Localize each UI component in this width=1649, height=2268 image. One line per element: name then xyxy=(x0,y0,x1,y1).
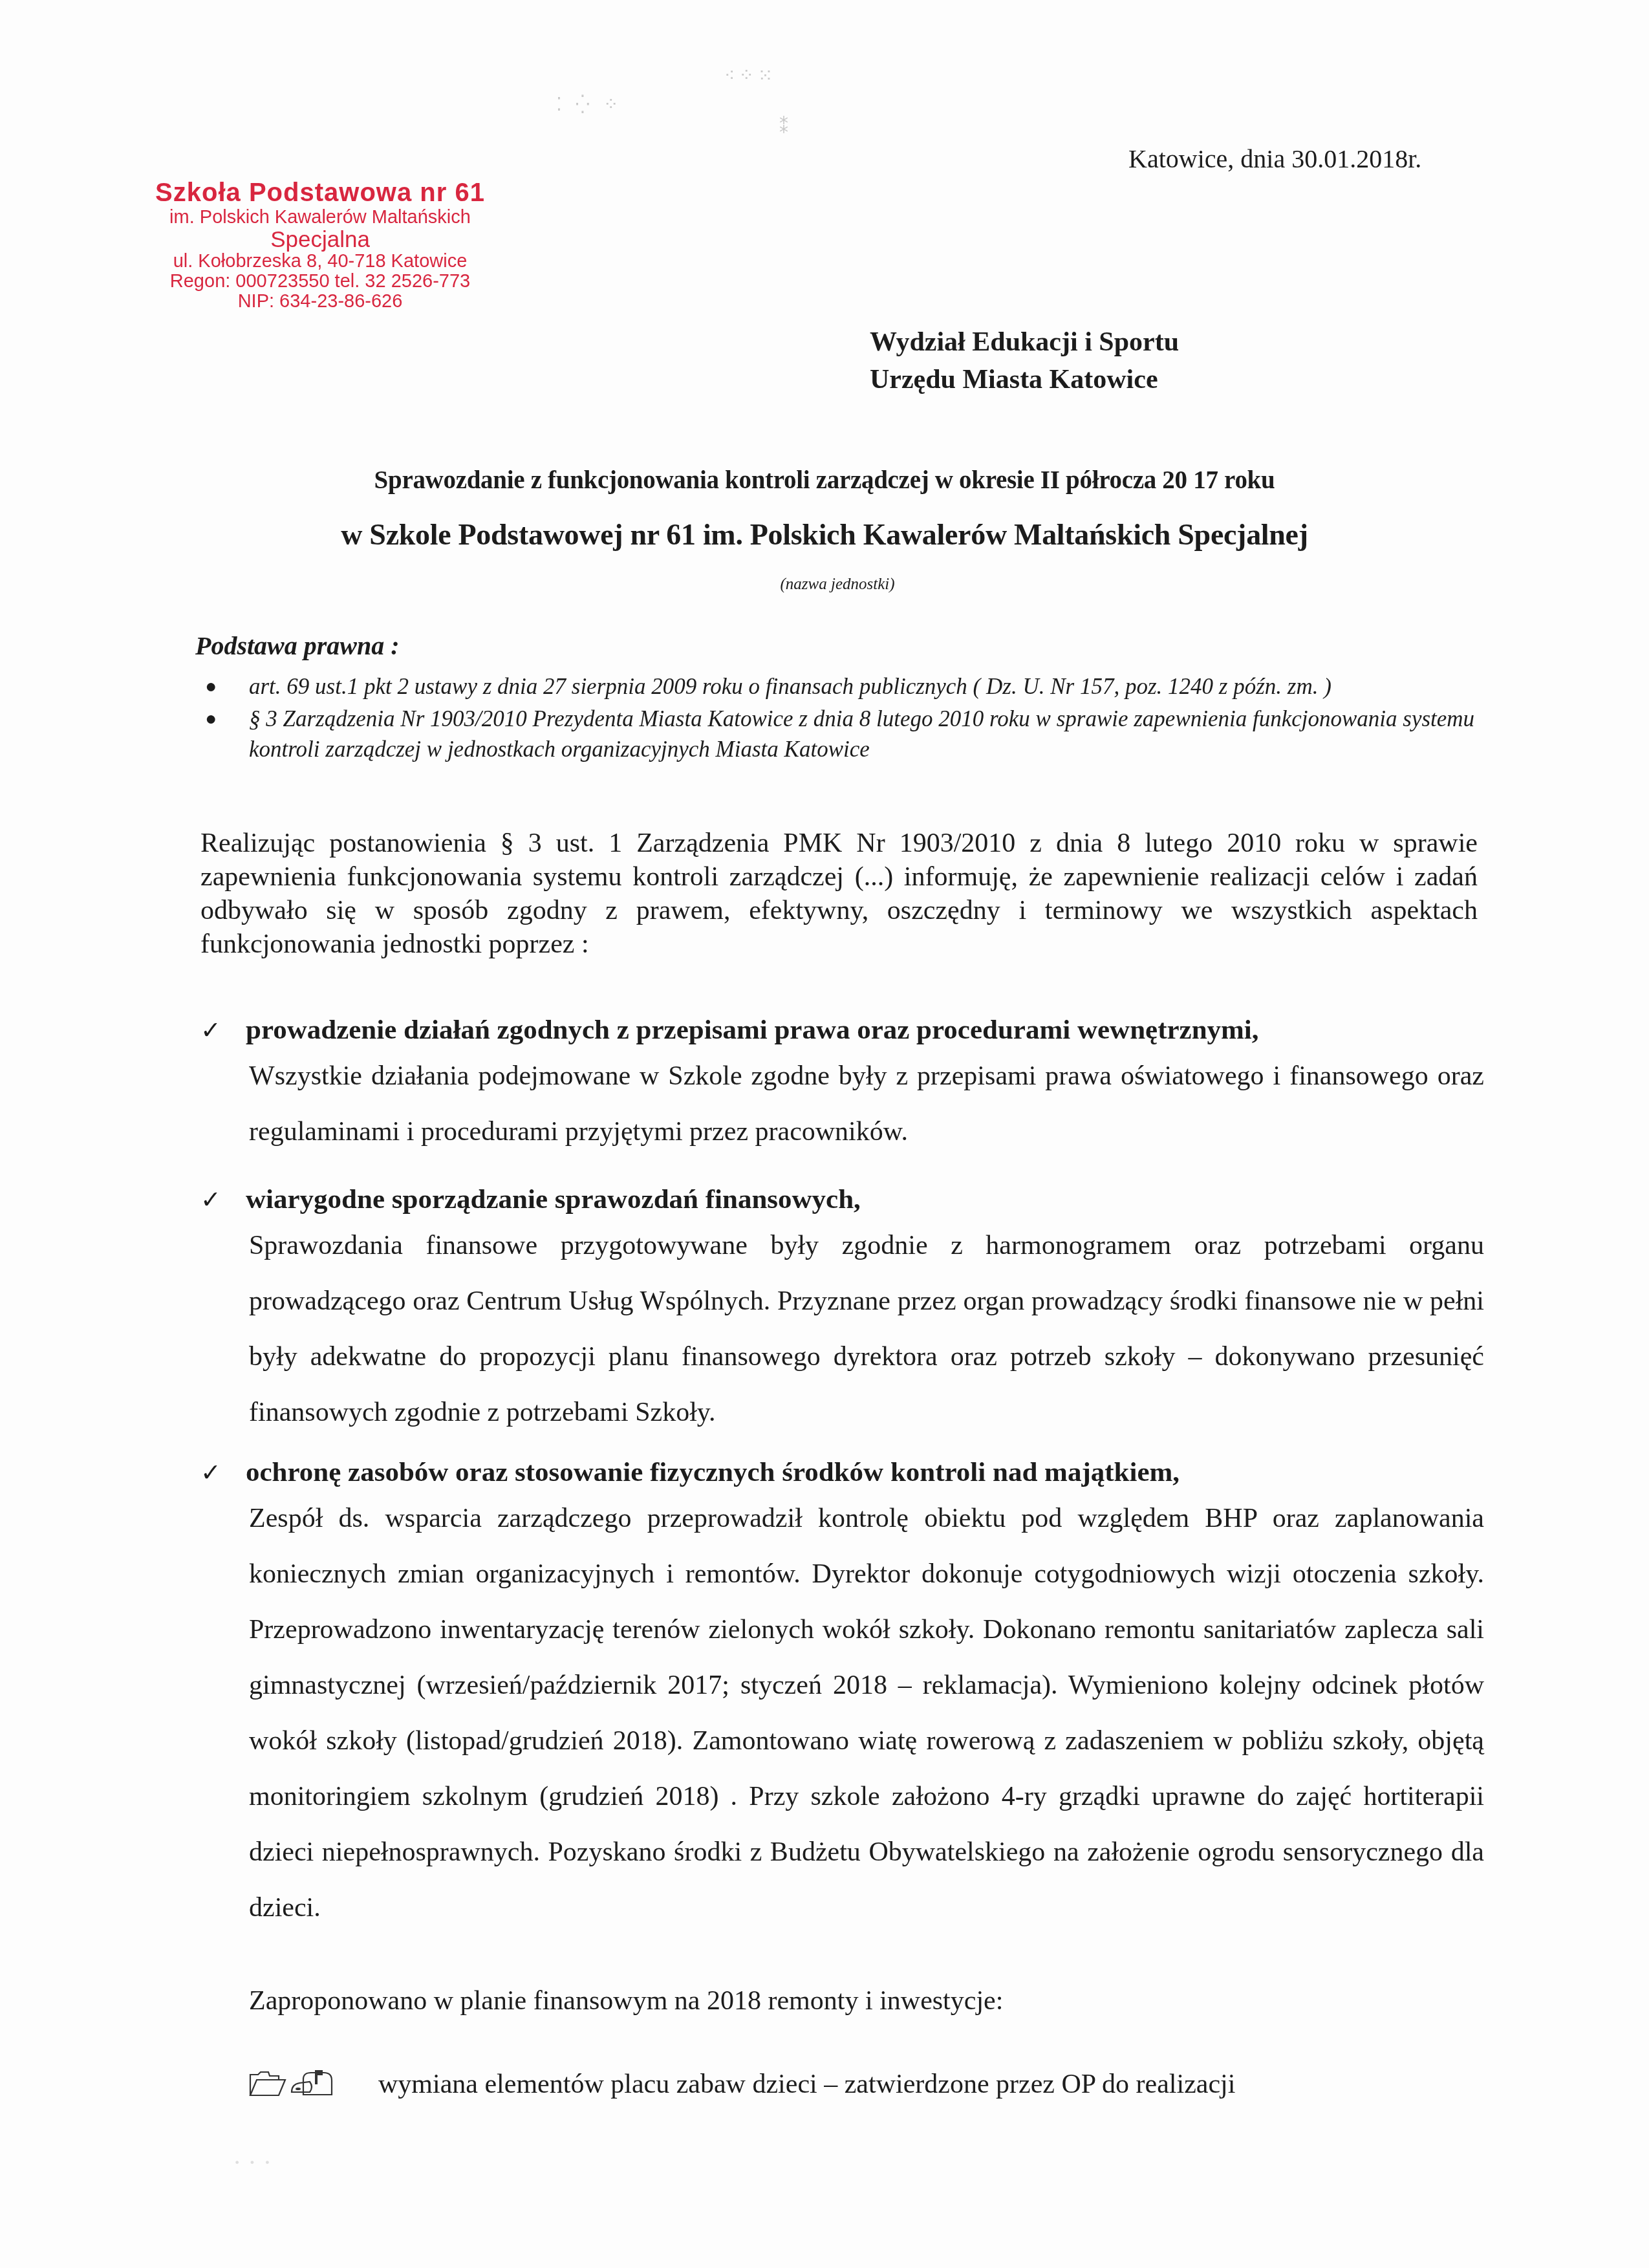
stamp-nip: NIP: 634-23-86-626 xyxy=(129,292,511,311)
section-body: Zespół ds. wsparcia zarządczego przeprow… xyxy=(249,1491,1484,1936)
legal-basis-item: ● art. 69 ust.1 pkt 2 ustawy z dnia 27 s… xyxy=(249,671,1478,702)
report-subtitle: w Szkole Podstawowej nr 61 im. Polskich … xyxy=(0,517,1649,552)
intro-paragraph: Realizując postanowienia § 3 ust. 1 Zarz… xyxy=(200,826,1478,961)
section-financial-reporting: ✓ wiarygodne sporządzanie sprawozdań fin… xyxy=(200,1183,1484,1440)
section-legal-compliance: ✓ prowadzenie działań zgodnych z przepis… xyxy=(200,1014,1484,1160)
scan-artifact: ⁚ ⁛ ⁘ xyxy=(556,94,623,115)
checkmark-icon: ✓ xyxy=(200,1185,246,1214)
section-asset-protection: ✓ ochronę zasobów oraz stosowanie fizycz… xyxy=(200,1456,1484,1936)
addressee-line-1: Wydział Edukacji i Sportu xyxy=(870,323,1179,361)
stamp-patron: im. Polskich Kawalerów Maltańskich xyxy=(129,208,511,227)
report-title: Sprawozdanie z funkcjonowania kontroli z… xyxy=(0,466,1649,495)
investment-text: wymiana elementów placu zabaw dzieci – z… xyxy=(378,2069,1235,2100)
document-date: Katowice, dnia 30.01.2018r. xyxy=(1128,144,1421,174)
section-heading: ochronę zasobów oraz stosowanie fizyczny… xyxy=(246,1456,1180,1488)
folder-icon xyxy=(249,2071,286,2097)
section-body: Wszystkie działania podejmowane w Szkole… xyxy=(249,1048,1484,1160)
stamp-special: Specjalna xyxy=(129,228,511,251)
bleed-through-text: · · · xyxy=(233,2147,1461,2177)
addressee: Wydział Edukacji i Sportu Urzędu Miasta … xyxy=(870,323,1179,398)
checkmark-icon: ✓ xyxy=(200,1458,246,1487)
section-heading: wiarygodne sporządzanie sprawozdań finan… xyxy=(246,1183,861,1215)
scan-artifact: ⁑ xyxy=(779,116,792,138)
school-stamp: Szkoła Podstawowa nr 61 im. Polskich Kaw… xyxy=(129,180,511,312)
document-page: ⁚ ⁛ ⁘ ⁖⁘⁙ ⁑ Szkoła Podstawowa nr 61 im. … xyxy=(0,0,1649,2268)
investment-item: wymiana elementów placu zabaw dzieci – z… xyxy=(249,2066,1478,2100)
checkmark-icon: ✓ xyxy=(200,1016,246,1044)
mailbox-icon xyxy=(290,2070,333,2097)
legal-basis-heading: Podstawa prawna : xyxy=(195,631,400,661)
stamp-school-name: Szkoła Podstawowa nr 61 xyxy=(129,180,511,206)
legal-basis-list: ● art. 69 ust.1 pkt 2 ustawy z dnia 27 s… xyxy=(249,671,1478,766)
stamp-regon-tel: Regon: 000723550 tel. 32 2526-773 xyxy=(129,272,511,291)
plan-intro: Zaproponowano w planie finansowym na 201… xyxy=(249,1985,1003,2016)
scan-artifact: ⁖⁘⁙ xyxy=(724,65,777,86)
investment-bullet-icons xyxy=(249,2070,378,2097)
addressee-line-2: Urzędu Miasta Katowice xyxy=(870,361,1179,398)
bullet-icon: ● xyxy=(205,704,217,734)
legal-basis-text: art. 69 ust.1 pkt 2 ustawy z dnia 27 sie… xyxy=(249,674,1331,699)
section-heading: prowadzenie działań zgodnych z przepisam… xyxy=(246,1014,1259,1046)
legal-basis-text: § 3 Zarządzenia Nr 1903/2010 Prezydenta … xyxy=(249,706,1474,762)
stamp-address: ul. Kołobrzeska 8, 40-718 Katowice xyxy=(129,252,511,271)
section-body: Sprawozdania finansowe przygotowywane by… xyxy=(249,1218,1484,1440)
unit-name-note: (nazwa jednostki) xyxy=(0,576,1649,594)
legal-basis-item: ● § 3 Zarządzenia Nr 1903/2010 Prezydent… xyxy=(249,704,1478,764)
bullet-icon: ● xyxy=(205,671,217,702)
